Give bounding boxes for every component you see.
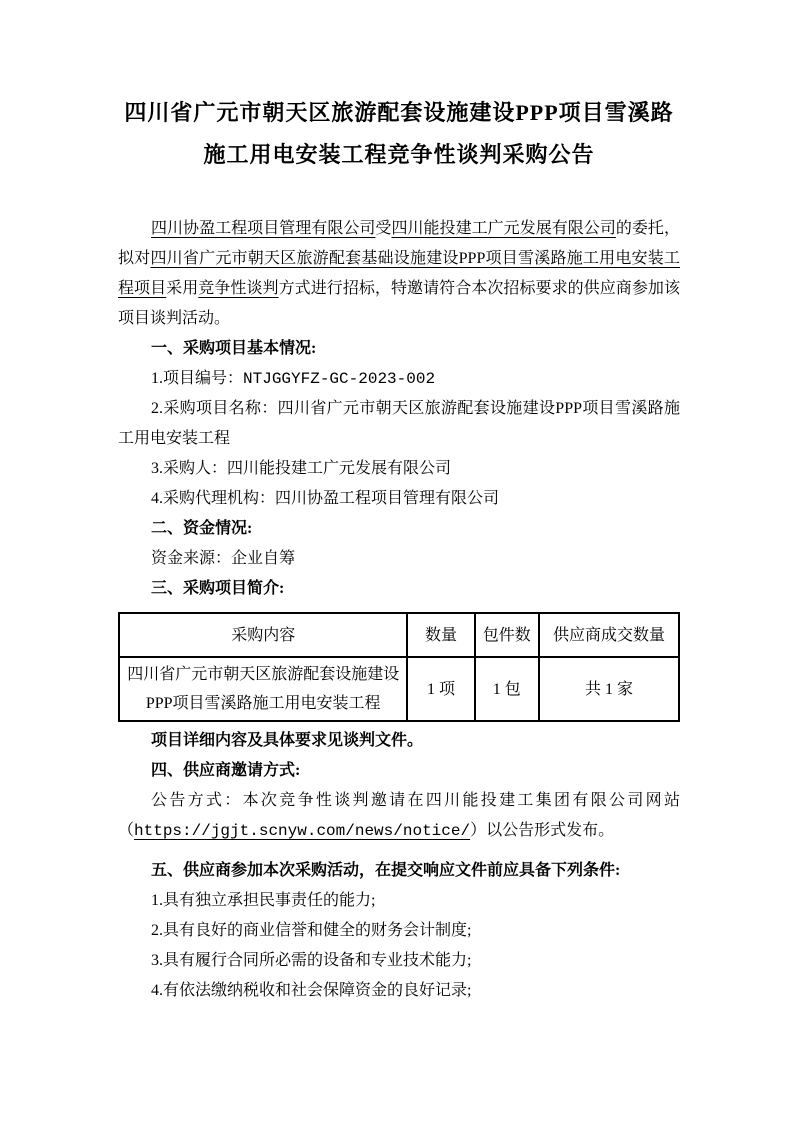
text-run: 3.采购人：四川能投建工广元发展有限公司 (151, 460, 451, 477)
cell-procurement-content: 四川省广元市朝天区旅游配套设施建设PPP项目雪溪路施工用电安装工程 (119, 657, 407, 721)
document-page: 四川省广元市朝天区旅游配套设施建设PPP项目雪溪路 施工用电安装工程竞争性谈判采… (0, 0, 794, 1123)
cell-quantity: 1 项 (407, 657, 474, 721)
item-project-name: 2.采购项目名称：四川省广元市朝天区旅游配套设施建设PPP项目雪溪路施工用电安装… (118, 394, 680, 454)
cell-supplier-award-count: 共 1 家 (539, 657, 679, 721)
notice-url[interactable]: https://jgjt.scnyw.com/news/notice/ (134, 822, 470, 840)
condition-item-2: 2.具有良好的商业信誉和健全的财务会计制度; (118, 916, 680, 946)
table-header-row: 采购内容 数量 包件数 供应商成交数量 (119, 613, 679, 657)
text-run: 2.采购项目名称：四川省广元市朝天区旅游配套设施建设PPP项目雪溪路施工用电安装… (118, 400, 680, 447)
text-run: （ (118, 822, 134, 839)
text-run: 4.有依法缴纳税收和社会保障资金的良好记录; (151, 982, 471, 999)
procurement-summary-table: 采购内容 数量 包件数 供应商成交数量 四川省广元市朝天区旅游配套设施建设PPP… (118, 612, 680, 722)
section-2-heading: 二、资金情况: (118, 514, 680, 544)
intro-paragraph: 四川协盈工程项目管理有限公司受四川能投建工广元发展有限公司的委托，拟对四川省广元… (118, 214, 680, 334)
table-row: 四川省广元市朝天区旅游配套设施建设PPP项目雪溪路施工用电安装工程 1 项 1 … (119, 657, 679, 721)
header-quantity: 数量 (407, 613, 474, 657)
table-detail-note: 项目详细内容及具体要求见谈判文件。 (118, 726, 680, 756)
item-funding-source: 资金来源：企业自筹 (118, 544, 680, 574)
procurement-method: 竞争性谈判 (198, 280, 278, 297)
section-5-heading: 五、供应商参加本次采购活动，在提交响应文件前应具备下列条件: (118, 856, 680, 886)
announcement-method-paragraph: 公告方式：本次竞争性谈判邀请在四川能投建工集团有限公司网站（https://jg… (118, 786, 680, 846)
header-package-count: 包件数 (475, 613, 539, 657)
text-run: 采用 (166, 280, 198, 297)
item-procurement-agency: 4.采购代理机构：四川协盈工程项目管理有限公司 (118, 484, 680, 514)
text-run: 资金来源：企业自筹 (151, 550, 295, 567)
purchaser-name: 四川能投建工广元发展有限公司 (391, 220, 615, 237)
document-title: 四川省广元市朝天区旅游配套设施建设PPP项目雪溪路 施工用电安装工程竞争性谈判采… (118, 92, 680, 176)
text-run: 2.具有良好的商业信誉和健全的财务会计制度; (151, 922, 471, 939)
title-line-1: 四川省广元市朝天区旅游配套设施建设PPP项目雪溪路 (118, 92, 680, 134)
title-line-2: 施工用电安装工程竞争性谈判采购公告 (118, 134, 680, 176)
header-supplier-award-count: 供应商成交数量 (539, 613, 679, 657)
text-run: 受 (375, 220, 391, 237)
text-run: 4.采购代理机构：四川协盈工程项目管理有限公司 (151, 490, 499, 507)
header-procurement-content: 采购内容 (119, 613, 407, 657)
text-run: 1.项目编号： (151, 370, 243, 387)
section-1-heading: 一、采购项目基本情况: (118, 334, 680, 364)
condition-item-3: 3.具有履行合同所必需的设备和专业技术能力; (118, 946, 680, 976)
item-project-number: 1.项目编号：NTJGGYFZ-GC-2023-002 (118, 364, 680, 394)
text-run: 公告方式：本次竞争性谈判邀请在四川能投建工集团有限公司网站 (151, 792, 680, 809)
text-run: 3.具有履行合同所必需的设备和专业技术能力; (151, 952, 471, 969)
project-number: NTJGGYFZ-GC-2023-002 (243, 370, 435, 388)
agency-name: 四川协盈工程项目管理有限公司 (151, 220, 375, 237)
condition-item-4: 4.有依法缴纳税收和社会保障资金的良好记录; (118, 976, 680, 1006)
cell-package-count: 1 包 (475, 657, 539, 721)
section-3-heading: 三、采购项目简介: (118, 574, 680, 604)
text-run: 1.具有独立承担民事责任的能力; (151, 892, 375, 909)
item-purchaser: 3.采购人：四川能投建工广元发展有限公司 (118, 454, 680, 484)
condition-item-1: 1.具有独立承担民事责任的能力; (118, 886, 680, 916)
text-run: ）以公告形式发布。 (470, 822, 614, 839)
section-4-heading: 四、供应商邀请方式: (118, 756, 680, 786)
